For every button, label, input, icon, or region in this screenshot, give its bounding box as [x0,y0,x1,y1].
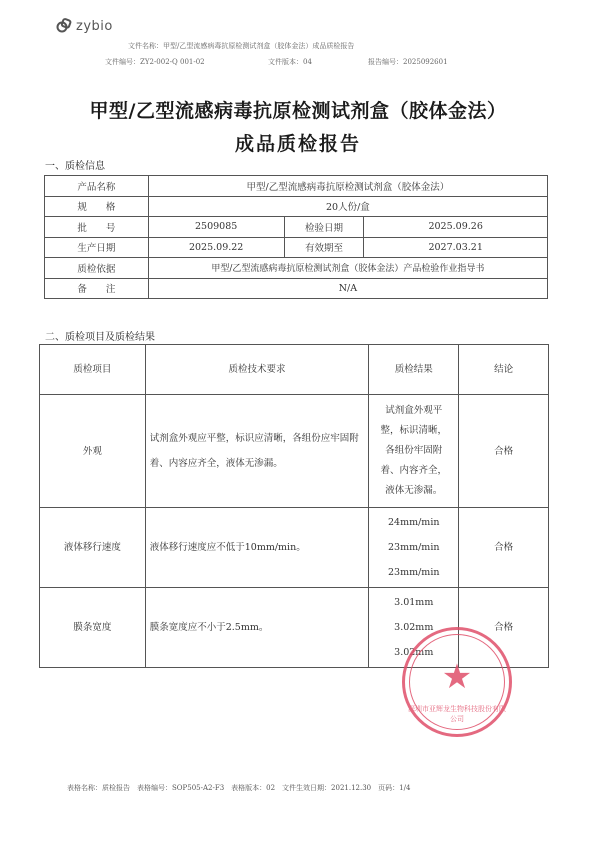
result-line: 24mm/min [369,510,458,535]
info-row-basis: 质检依据 甲型/乙型流感病毒抗原检测试剂盒（胶体金法）产品检验作业指导书 [45,258,548,279]
col-header-requirement: 质检技术要求 [145,345,369,395]
doc-name: 甲型/乙型流感病毒抗原检测试剂盒（胶体金法）成品质检报告 [163,42,354,50]
doc-name-line: 文件名称：甲型/乙型流感病毒抗原检测试剂盒（胶体金法）成品质检报告 [128,41,354,51]
form-footer: 表格名称：质检报告 表格编号：SOP505-A2-F3 表格版本：02 文件生效… [67,783,410,793]
results-header-row: 质检项目 质检技术要求 质检结果 结论 [40,345,549,395]
table-row: 液体移行速度 液体移行速度应不低于10mm/min。 24mm/min 23mm… [40,508,549,588]
info-row-remark: 备 注 N/A [45,278,548,299]
section-quality-info-heading: 一、质检信息 [45,157,105,172]
report-no-label: 报告编号： [368,58,403,66]
test-date-label: 检验日期 [284,217,364,238]
spec-value: 20人份/盒 [148,196,547,217]
company-seal: ★ 深圳市亚辉龙生物科技股份有限公司 [402,627,512,737]
version-line: 文件版本：04 [268,57,312,67]
seal-star-icon: ★ [405,660,509,694]
product-name-label: 产品名称 [45,176,149,197]
expiry-value: 2027.03.21 [364,237,548,258]
info-row-product-name: 产品名称 甲型/乙型流感病毒抗原检测试剂盒（胶体金法） [45,176,548,197]
basis-label: 质检依据 [45,258,149,279]
quality-results-table: 质检项目 质检技术要求 质检结果 结论 外观 试剂盒外观应平整，标识应清晰，各组… [39,344,549,668]
spec-label: 规 格 [45,196,149,217]
result-flow-speed: 24mm/min 23mm/min 23mm/min [369,508,459,588]
report-title: 甲型/乙型流感病毒抗原检测试剂盒（胶体金法） [0,96,596,123]
version-label: 文件版本： [268,58,303,66]
report-no: 2025092601 [403,58,448,66]
info-row-spec: 规 格 20人份/盒 [45,196,548,217]
report-no-line: 报告编号：2025092601 [368,57,448,67]
expiry-label: 有效期至 [284,237,364,258]
result-line: 23mm/min [369,535,458,560]
batch-label: 批 号 [45,217,149,238]
result-appearance: 试剂盒外观平 整，标识清晰， 各组份牢固附 着、内容齐全， 液体无渗漏。 [369,395,459,508]
prod-date-label: 生产日期 [45,237,149,258]
conclusion-appearance: 合格 [459,395,549,508]
prod-date-value: 2025.09.22 [148,237,284,258]
version: 04 [303,58,312,66]
item-flow-speed: 液体移行速度 [40,508,146,588]
info-row-batch: 批 号 2509085 检验日期 2025.09.26 [45,217,548,238]
quality-info-table: 产品名称 甲型/乙型流感病毒抗原检测试剂盒（胶体金法） 规 格 20人份/盒 批… [44,175,548,299]
test-date-value: 2025.09.26 [364,217,548,238]
company-logo: zybio [56,18,113,34]
result-line: 试剂盒外观平 [369,401,458,421]
result-line: 整，标识清晰， [369,421,458,441]
report-subtitle: 成品质检报告 [0,129,596,156]
col-header-conclusion: 结论 [459,345,549,395]
result-line: 各组份牢固附 [369,441,458,461]
result-line: 着、内容齐全， [369,461,458,481]
seal-text: 深圳市亚辉龙生物科技股份有限公司 [405,704,509,724]
result-line: 23mm/min [369,560,458,585]
info-row-prod-date: 生产日期 2025.09.22 有效期至 2027.03.21 [45,237,548,258]
col-header-item: 质检项目 [40,345,146,395]
doc-no-line: 文件编号：ZY2-002-Q 001-02 [105,57,205,67]
requirement-membrane-width: 膜条宽度应不小于2.5mm。 [145,588,369,668]
remark-value: N/A [148,278,547,299]
item-membrane-width: 膜条宽度 [40,588,146,668]
section-results-heading: 二、质检项目及质检结果 [45,328,155,343]
basis-value: 甲型/乙型流感病毒抗原检测试剂盒（胶体金法）产品检验作业指导书 [148,258,547,279]
product-name-value: 甲型/乙型流感病毒抗原检测试剂盒（胶体金法） [148,176,547,197]
remark-label: 备 注 [45,278,149,299]
doc-no-label: 文件编号： [105,58,140,66]
requirement-appearance: 试剂盒外观应平整，标识应清晰，各组份应牢固附着、内容应齐全，液体无渗漏。 [145,395,369,508]
doc-name-label: 文件名称： [128,42,163,50]
result-line: 3.01mm [369,590,458,615]
logo-mark-icon [56,18,72,34]
conclusion-flow-speed: 合格 [459,508,549,588]
col-header-result: 质检结果 [369,345,459,395]
table-row: 外观 试剂盒外观应平整，标识应清晰，各组份应牢固附着、内容应齐全，液体无渗漏。 … [40,395,549,508]
item-appearance: 外观 [40,395,146,508]
logo-text: zybio [76,19,113,34]
result-line: 液体无渗漏。 [369,481,458,501]
requirement-flow-speed: 液体移行速度应不低于10mm/min。 [145,508,369,588]
batch-value: 2509085 [148,217,284,238]
doc-no: ZY2-002-Q 001-02 [140,58,205,66]
